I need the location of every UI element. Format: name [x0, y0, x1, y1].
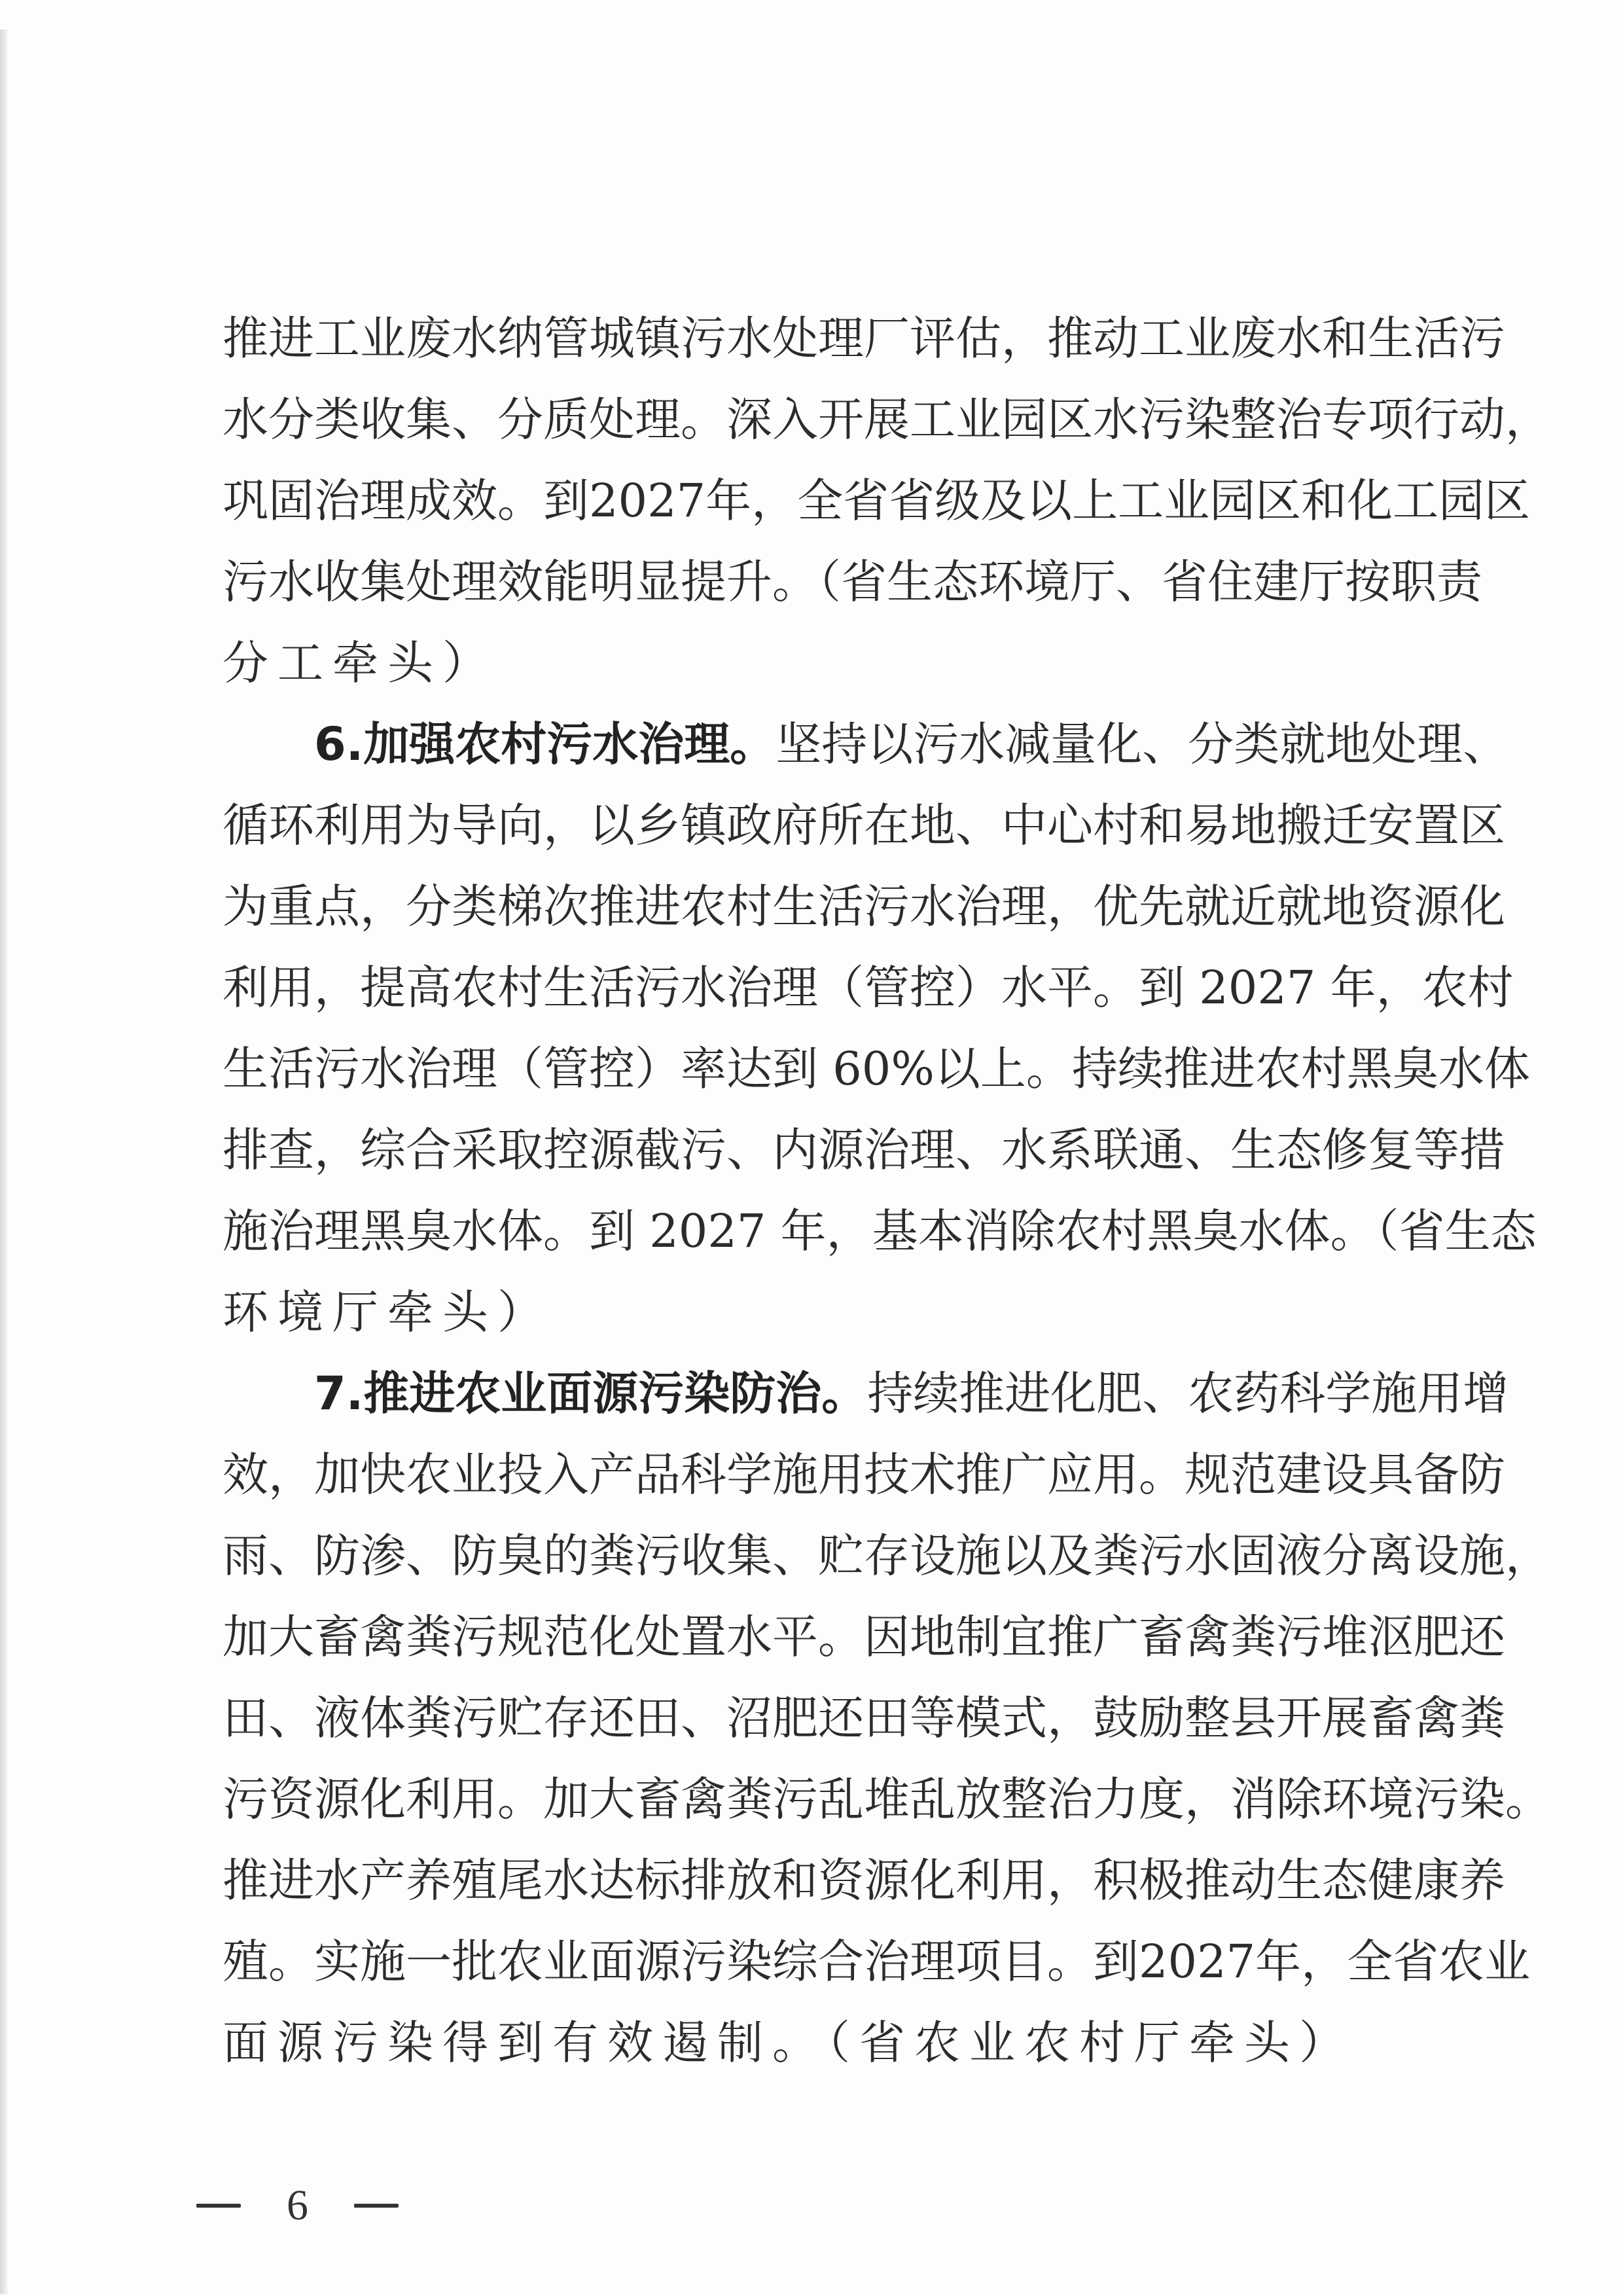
text-line: 为重点，分类梯次推进农村生活污水治理，优先就近就地资源化 [223, 866, 1420, 947]
text-line: 殖。实施一批农业面源污染综合治理项目。到2027年，全省农业 [223, 1921, 1420, 2002]
section-7-first-line: 7.推进农业面源污染防治。持续推进化肥、农药科学施用增 [223, 1353, 1420, 1434]
section-6-first-line: 6.加强农村污水治理。坚持以污水减量化、分类就地处理、 [223, 704, 1420, 785]
section-6-first-line-text: 坚持以污水减量化、分类就地处理、 [776, 717, 1508, 771]
text-line: 利用，提高农村生活污水治理（管控）水平。到 2027 年，农村 [223, 947, 1420, 1028]
text-line: 循环利用为导向，以乡镇政府所在地、中心村和易地搬迁安置区 [223, 785, 1420, 866]
section-7-number: 7. [314, 1367, 363, 1420]
text-line: 效，加快农业投入产品科学施用技术推广应用。规范建设具备防 [223, 1434, 1420, 1515]
section-7-paragraph: 7.推进农业面源污染防治。持续推进化肥、农药科学施用增 效，加快农业投入产品科学… [223, 1353, 1420, 2083]
paragraph-continued: 推进工业废水纳管城镇污水处理厂评估，推动工业废水和生活污 水分类收集、分质处理。… [223, 298, 1420, 704]
section-7-heading: 推进农业面源污染防治。 [363, 1367, 867, 1420]
text-line: 推进工业废水纳管城镇污水处理厂评估，推动工业废水和生活污 [223, 298, 1420, 379]
text-line: 推进水产养殖尾水达标排放和资源化利用，积极推动生态健康养 [223, 1840, 1420, 1921]
dash-left-decoration [196, 2204, 241, 2208]
text-line: 田、液体粪污贮存还田、沼肥还田等模式，鼓励整县开展畜禽粪 [223, 1677, 1420, 1759]
text-line: 巩固治理成效。到2027年，全省省级及以上工业园区和化工园区 [223, 460, 1420, 541]
section-6-heading: 加强农村污水治理。 [363, 717, 776, 771]
text-line: 施治理黑臭水体。到 2027 年，基本消除农村黑臭水体。（省生态 [223, 1191, 1420, 1272]
text-line: 雨、防渗、防臭的粪污收集、贮存设施以及粪污水固液分离设施， [223, 1515, 1420, 1596]
text-line: 水分类收集、分质处理。深入开展工业园区水污染整治专项行动， [223, 379, 1420, 460]
text-line: 面源污染得到有效遏制。（省农业农村厅牵头） [223, 2002, 1420, 2083]
text-line: 污水收集处理效能明显提升。（省生态环境厅、省住建厅按职责 [223, 541, 1420, 622]
text-line: 生活污水治理（管控）率达到 60%以上。持续推进农村黑臭水体 [223, 1028, 1420, 1109]
text-line: 分工牵头） [223, 622, 1420, 704]
text-line: 加大畜禽粪污规范化处置水平。因地制宜推广畜禽粪污堆沤肥还 [223, 1596, 1420, 1677]
text-line: 污资源化利用。加大畜禽粪污乱堆乱放整治力度，消除环境污染。 [223, 1759, 1420, 1840]
document-body: 推进工业废水纳管城镇污水处理厂评估，推动工业废水和生活污 水分类收集、分质处理。… [223, 298, 1420, 2083]
page-footer: 6 [196, 2173, 399, 2238]
text-line: 排查，综合采取控源截污、内源治理、水系联通、生态修复等措 [223, 1109, 1420, 1191]
scan-edge-shadow [0, 29, 8, 2294]
section-7-first-line-text: 持续推进化肥、农药科学施用增 [867, 1367, 1508, 1420]
dash-right-decoration [354, 2204, 399, 2208]
section-6-paragraph: 6.加强农村污水治理。坚持以污水减量化、分类就地处理、 循环利用为导向，以乡镇政… [223, 704, 1420, 1353]
section-6-number: 6. [314, 717, 363, 771]
page-number: 6 [287, 2173, 308, 2238]
text-line: 环境厅牵头） [223, 1272, 1420, 1353]
